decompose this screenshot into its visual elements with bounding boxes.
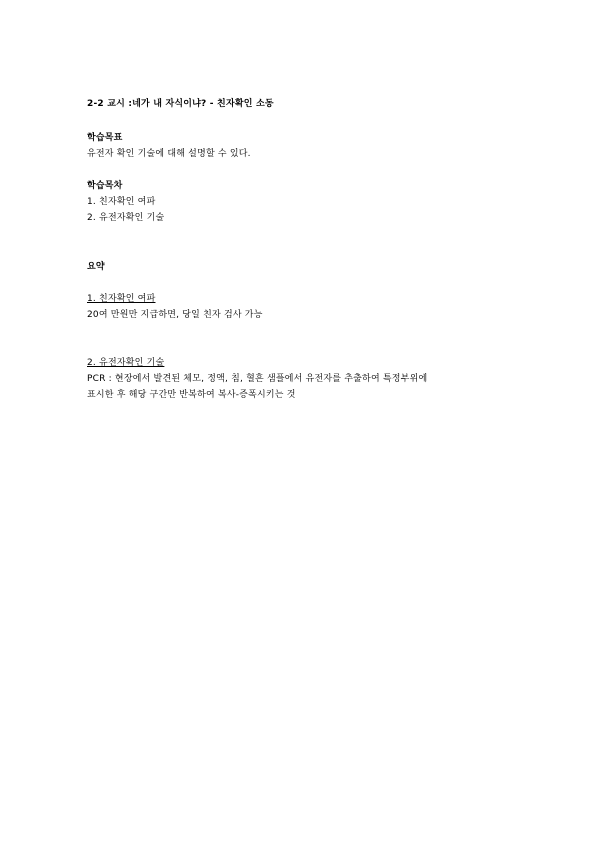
summary-section-text: 표시한 후 해당 구간만 반복하여 복사-증폭시키는 것 bbox=[87, 389, 296, 401]
document-page: 2-2 교시 :네가 내 자식이냐? - 친자확인 소동 학습목표 유전자 확인… bbox=[0, 0, 595, 841]
document-title: 2-2 교시 :네가 내 자식이냐? - 친자확인 소동 bbox=[87, 98, 274, 110]
summary-section-heading: 1. 친자확인 여파 bbox=[87, 293, 155, 305]
objectives-text: 유전자 확인 기술에 대해 설명할 수 있다. bbox=[87, 148, 251, 160]
contents-item: 2. 유전자확인 기술 bbox=[87, 212, 164, 224]
contents-item: 1. 친자확인 여파 bbox=[87, 196, 155, 208]
objectives-heading: 학습목표 bbox=[87, 132, 123, 144]
summary-section-heading: 2. 유전자확인 기술 bbox=[87, 357, 164, 369]
summary-section-text: 20여 만원만 지급하면, 당일 친자 검사 가능 bbox=[87, 309, 263, 321]
contents-heading: 학습목차 bbox=[87, 180, 123, 192]
summary-section-text: PCR : 현장에서 발견된 체모, 정액, 침, 혈흔 샘플에서 유전자를 추… bbox=[87, 373, 427, 385]
summary-heading: 요약 bbox=[87, 261, 105, 273]
